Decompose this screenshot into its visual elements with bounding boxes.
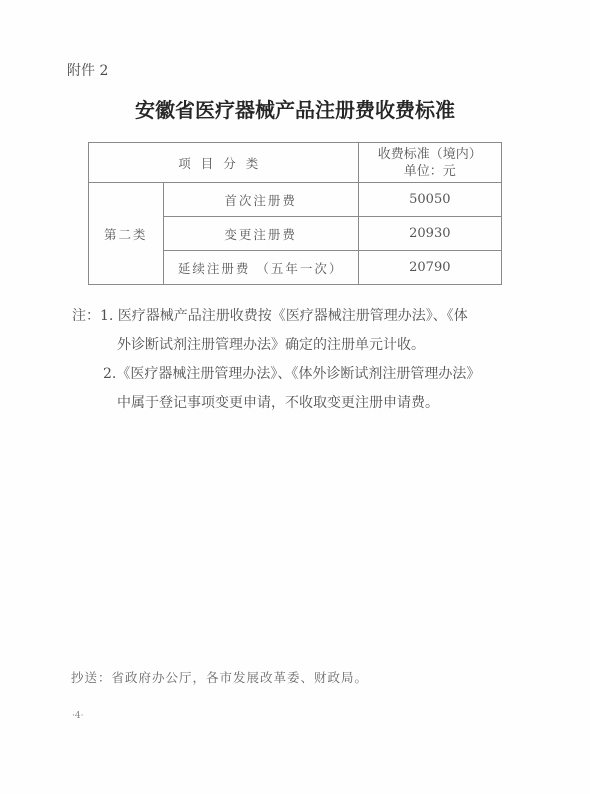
note-2-line-1: 2.《医疗器械注册管理办法》、《体外诊断试剂注册管理办法》 <box>72 360 542 389</box>
notes-section: 注：1. 医疗器械产品注册收费按《医疗器械注册管理办法》、《体 外诊断试剂注册管… <box>72 302 542 418</box>
fee-cell: 50050 <box>358 183 501 217</box>
header-category: 项目分类 <box>89 143 359 183</box>
fee-cell: 20790 <box>358 251 501 285</box>
item-cell: 变更注册费 <box>163 217 358 251</box>
table-header-row: 项目分类 收费标准（境内） 单位：元 <box>89 143 502 183</box>
note-2-line-2: 中属于登记事项变更申请，不收取变更注册申请费。 <box>72 389 542 418</box>
header-standard-line1: 收费标准（境内） <box>359 146 501 163</box>
cc-line: 抄送：省政府办公厅，各市发展改革委、财政局。 <box>71 668 368 686</box>
fee-table: 项目分类 收费标准（境内） 单位：元 第二类 首次注册费 50050 变更注册费… <box>88 142 502 285</box>
item-cell: 首次注册费 <box>163 183 358 217</box>
attachment-label: 附件 2 <box>67 60 108 80</box>
page-number: ·4· <box>72 711 83 721</box>
note-1-line-2: 外诊断试剂注册管理办法》确定的注册单元计收。 <box>72 331 542 360</box>
document-title: 安徽省医疗器械产品注册费收费标准 <box>0 94 590 123</box>
item-cell: 延续注册费 （五年一次） <box>163 251 358 285</box>
group-cell: 第二类 <box>89 183 164 285</box>
note-1-line-1: 注：1. 医疗器械产品注册收费按《医疗器械注册管理办法》、《体 <box>72 302 542 331</box>
table-row: 第二类 首次注册费 50050 <box>89 183 502 217</box>
fee-cell: 20930 <box>358 217 501 251</box>
header-standard-line2: 单位：元 <box>359 163 501 180</box>
header-standard: 收费标准（境内） 单位：元 <box>358 143 501 183</box>
